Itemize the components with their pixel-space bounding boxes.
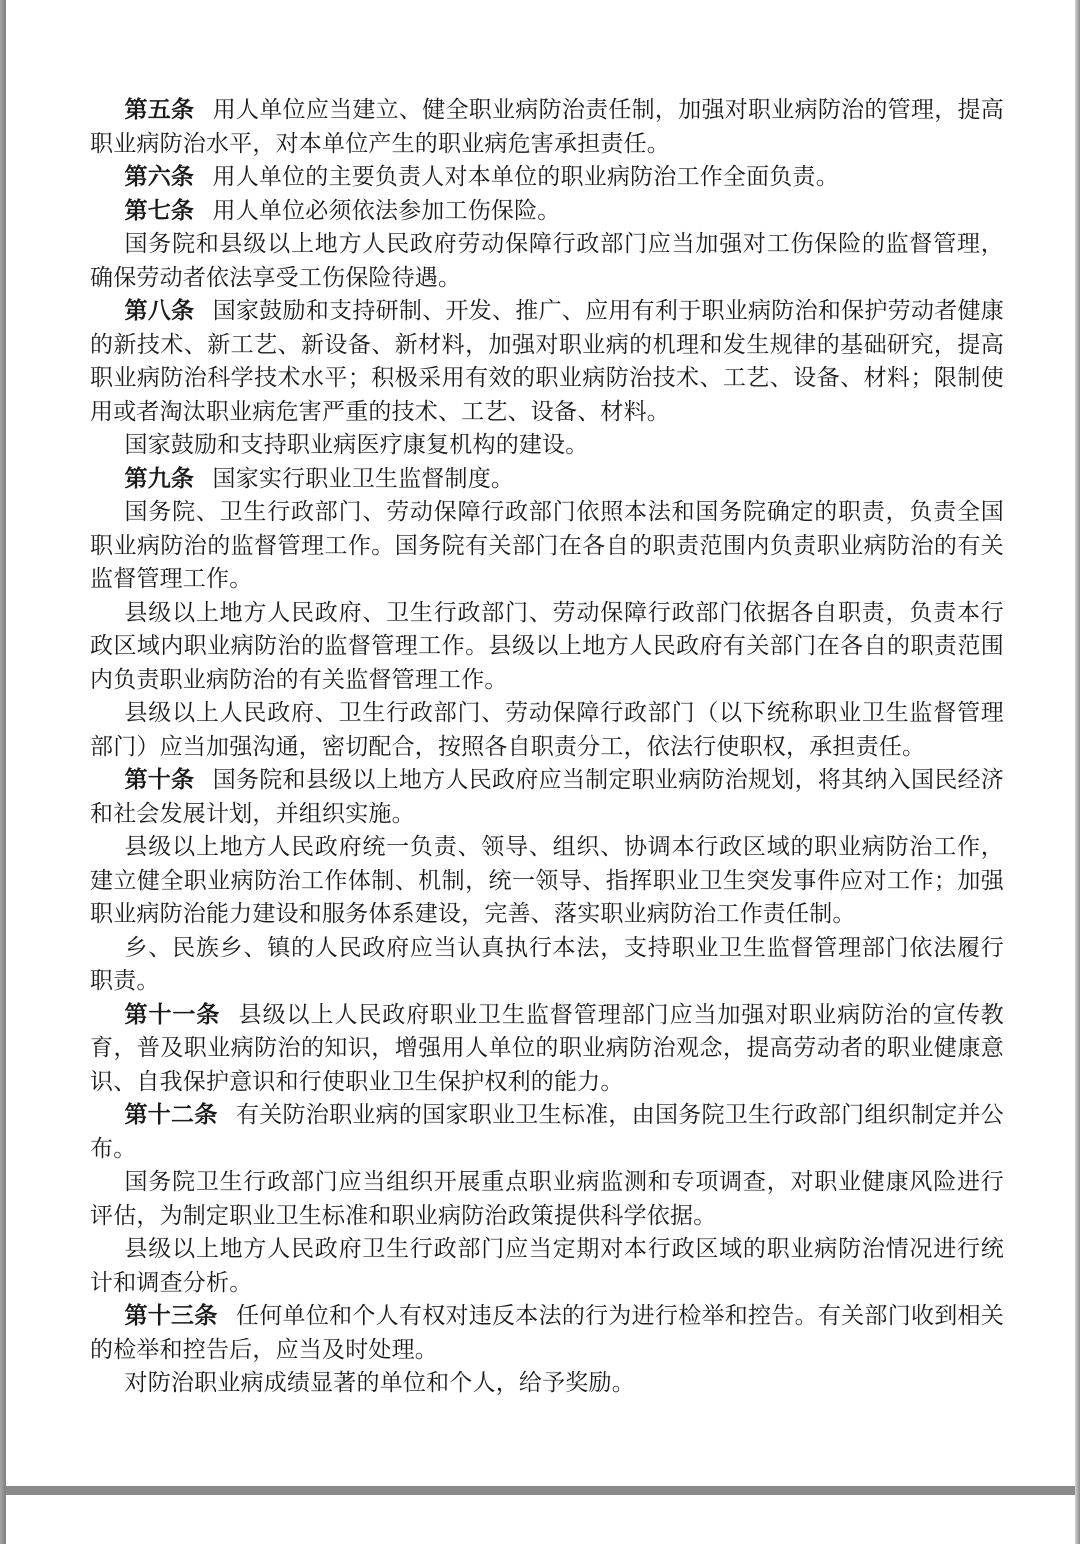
article-paragraph: 第十一条县级以上人民政府职业卫生监督管理部门应当加强对职业病防治的宣传教育，普及… [90,998,1004,1099]
article-number: 第十二条 [125,1102,237,1127]
paragraph: 县级以上地方人民政府统一负责、领导、组织、协调本行政区域的职业病防治工作，建立健… [90,830,1004,931]
document-page: 第五条用人单位应当建立、健全职业病防治责任制，加强对职业病防治的管理，提高职业病… [6,0,1075,1486]
paragraph-text: 县级以上人民政府、卫生行政部门、劳动保障行政部门（以下统称职业卫生监督管理部门）… [90,700,1004,759]
paragraph-text: 乡、民族乡、镇的人民政府应当认真执行本法，支持职业卫生监督管理部门依法履行职责。 [90,935,1004,994]
article-number: 第十三条 [125,1303,237,1328]
pdf-viewer: 第五条用人单位应当建立、健全职业病防治责任制，加强对职业病防治的管理，提高职业病… [0,0,1080,1544]
paragraph-text: 县级以上地方人民政府、卫生行政部门、劳动保障行政部门依据各自职责，负责本行政区域… [90,600,1004,692]
article-number: 第七条 [125,198,213,223]
article-number: 第五条 [125,97,213,122]
paragraph-text: 国家鼓励和支持职业病医疗康复机构的建设。 [125,432,589,457]
paragraph: 国家鼓励和支持职业病医疗康复机构的建设。 [90,428,1004,462]
page-separator [0,1486,1080,1495]
article-number: 第六条 [125,164,213,189]
paragraph-text: 国家实行职业卫生监督制度。 [213,466,515,491]
document-text: 第五条用人单位应当建立、健全职业病防治责任制，加强对职业病防治的管理，提高职业病… [90,93,1004,1400]
paragraph-text: 用人单位必须依法参加工伤保险。 [213,198,561,223]
article-number: 第九条 [125,466,213,491]
article-number: 第八条 [125,298,213,323]
paragraph: 县级以上人民政府、卫生行政部门、劳动保障行政部门（以下统称职业卫生监督管理部门）… [90,696,1004,763]
paragraph-text: 国务院和县级以上地方人民政府应当制定职业病防治规划，将其纳入国民经济和社会发展计… [90,767,1004,826]
paragraph-text: 对防治职业病成绩显著的单位和个人，给予奖励。 [125,1370,635,1395]
article-paragraph: 第九条国家实行职业卫生监督制度。 [90,462,1004,496]
paragraph: 国务院、卫生行政部门、劳动保障行政部门依照本法和国务院确定的职责，负责全国职业病… [90,495,1004,596]
paragraph: 国务院和县级以上地方人民政府劳动保障行政部门应当加强对工伤保险的监督管理，确保劳… [90,227,1004,294]
page-edge-right [1075,0,1080,1544]
article-number: 第十条 [125,767,213,792]
article-paragraph: 第十二条有关防治职业病的国家职业卫生标准，由国务院卫生行政部门组织制定并公布。 [90,1098,1004,1165]
article-paragraph: 第八条国家鼓励和支持研制、开发、推广、应用有利于职业病防治和保护劳动者健康的新技… [90,294,1004,428]
paragraph: 县级以上地方人民政府、卫生行政部门、劳动保障行政部门依据各自职责，负责本行政区域… [90,596,1004,697]
article-paragraph: 第五条用人单位应当建立、健全职业病防治责任制，加强对职业病防治的管理，提高职业病… [90,93,1004,160]
paragraph-text: 国家鼓励和支持研制、开发、推广、应用有利于职业病防治和保护劳动者健康的新技术、新… [90,298,1004,424]
paragraph-text: 国务院、卫生行政部门、劳动保障行政部门依照本法和国务院确定的职责，负责全国职业病… [90,499,1004,591]
paragraph-text: 县级以上地方人民政府统一负责、领导、组织、协调本行政区域的职业病防治工作，建立健… [90,834,1004,926]
article-paragraph: 第十条国务院和县级以上地方人民政府应当制定职业病防治规划，将其纳入国民经济和社会… [90,763,1004,830]
page-edge-left [0,0,6,1544]
article-paragraph: 第七条用人单位必须依法参加工伤保险。 [90,194,1004,228]
article-paragraph: 第十三条任何单位和个人有权对违反本法的行为进行检举和控告。有关部门收到相关的检举… [90,1299,1004,1366]
article-number: 第十一条 [125,1002,239,1027]
paragraph-text: 用人单位应当建立、健全职业病防治责任制，加强对职业病防治的管理，提高职业病防治水… [90,97,1004,156]
paragraph: 对防治职业病成绩显著的单位和个人，给予奖励。 [90,1366,1004,1400]
paragraph-text: 用人单位的主要负责人对本单位的职业病防治工作全面负责。 [213,164,839,189]
paragraph-text: 国务院和县级以上地方人民政府劳动保障行政部门应当加强对工伤保险的监督管理，确保劳… [90,231,1004,290]
paragraph-text: 国务院卫生行政部门应当组织开展重点职业病监测和专项调查，对职业健康风险进行评估，… [90,1169,1004,1228]
paragraph: 县级以上地方人民政府卫生行政部门应当定期对本行政区域的职业病防治情况进行统计和调… [90,1232,1004,1299]
paragraph: 乡、民族乡、镇的人民政府应当认真执行本法，支持职业卫生监督管理部门依法履行职责。 [90,931,1004,998]
paragraph: 国务院卫生行政部门应当组织开展重点职业病监测和专项调查，对职业健康风险进行评估，… [90,1165,1004,1232]
next-page-top [6,1495,1075,1544]
paragraph-text: 县级以上地方人民政府卫生行政部门应当定期对本行政区域的职业病防治情况进行统计和调… [90,1236,1004,1295]
article-paragraph: 第六条用人单位的主要负责人对本单位的职业病防治工作全面负责。 [90,160,1004,194]
